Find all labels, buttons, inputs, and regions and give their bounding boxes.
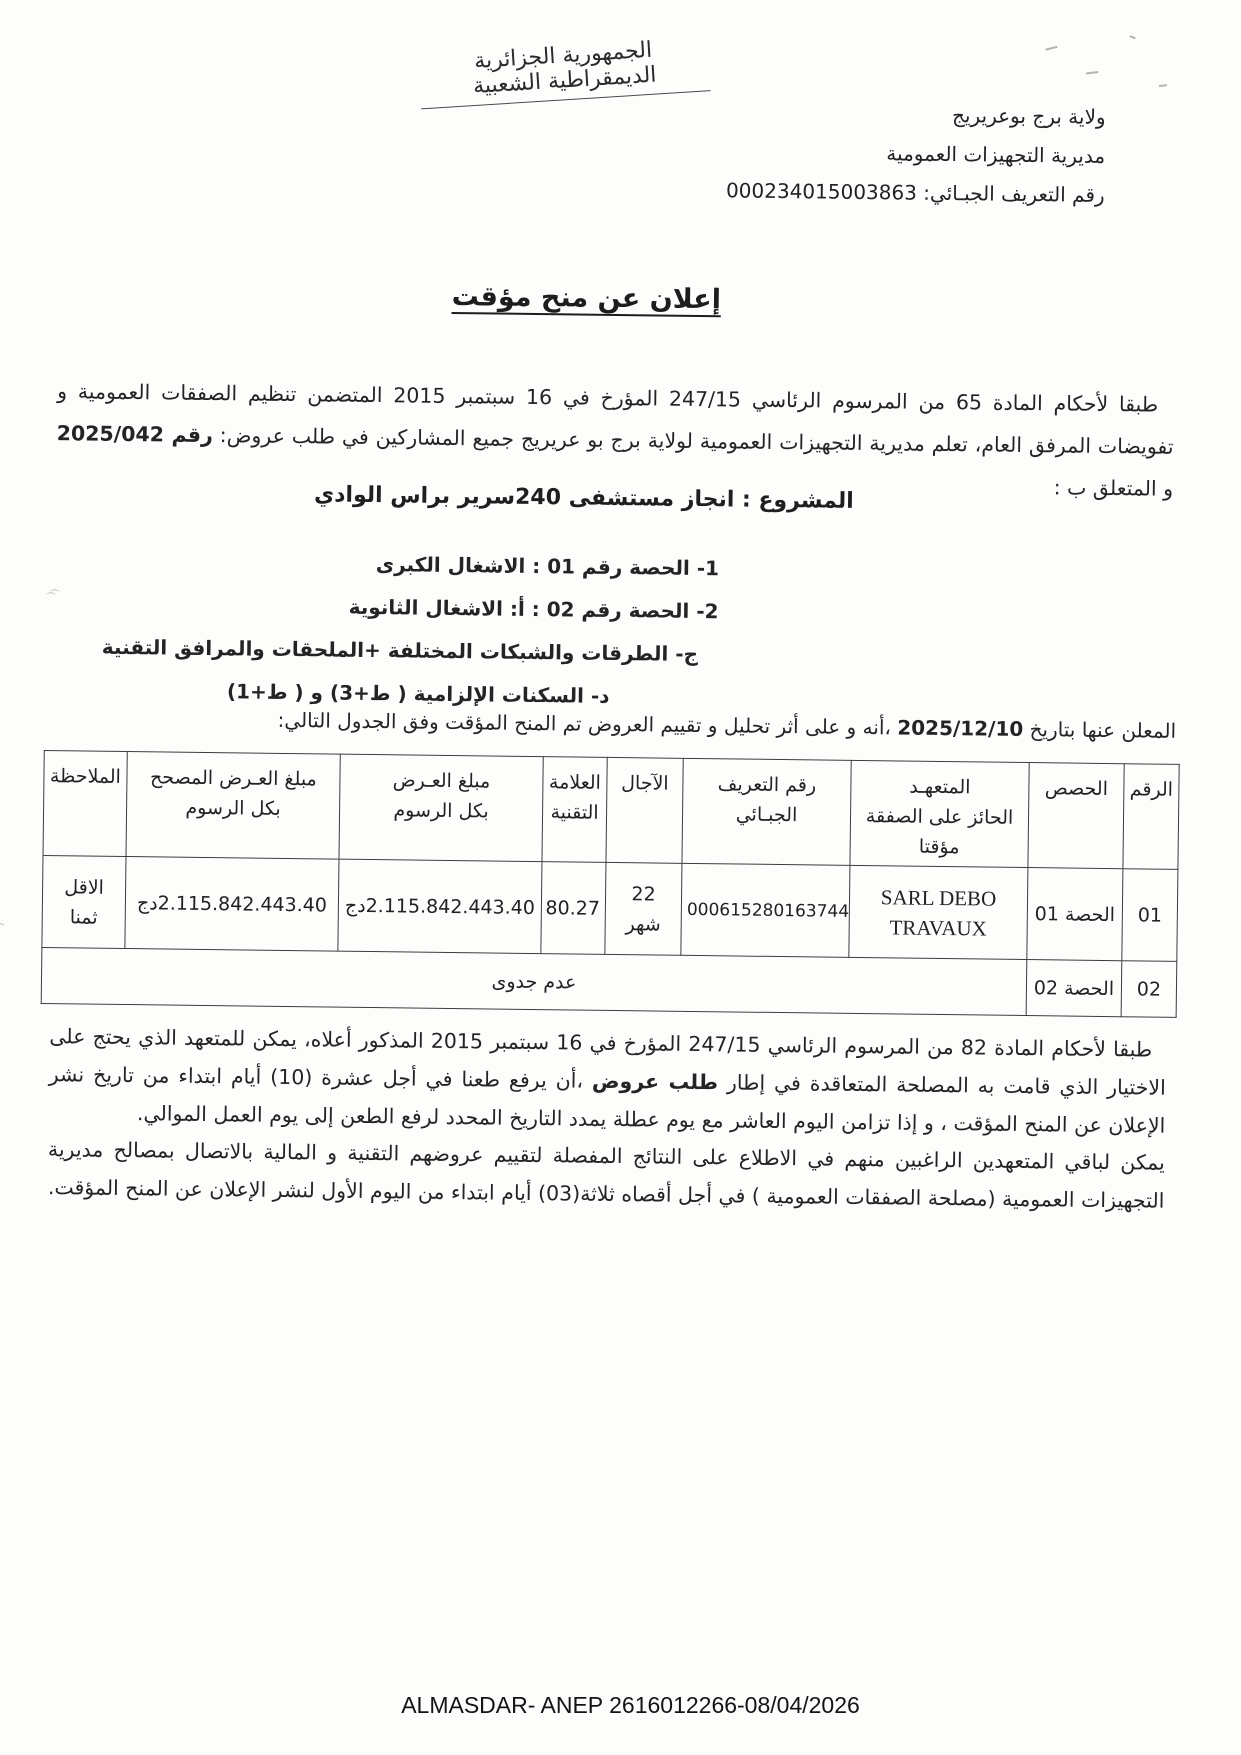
cell-bid-amount: 2.115.842.443.40دج: [338, 859, 542, 953]
col-header-lots: الحصص: [1028, 763, 1124, 869]
wilaya-line: ولاية برج بوعريريج: [727, 93, 1106, 137]
col-header-technical-score: العلامة التقنية: [542, 757, 607, 863]
announcement-date: 2025/12/10: [897, 715, 1023, 741]
scan-speckle: [1129, 35, 1135, 39]
cell-note: الاقل ثمنا: [42, 856, 126, 949]
tax-id-line: رقم التعريف الجبـائي: 000234015003863: [726, 171, 1105, 215]
col-header-tax-id: رقم التعريف الجبـائي: [682, 758, 851, 865]
pre-table-text-1: المعلن عنها بتاريخ: [1023, 717, 1176, 743]
cell-technical-score: 80.27: [541, 862, 606, 955]
appeal-paragraph: طبقا لأحكام المادة 82 من المرسوم الرئاسي…: [48, 1017, 1166, 1145]
lot-item-3: ج- الطرقات والشبكات المختلفة +الملحقات و…: [158, 626, 698, 676]
agency-block: ولاية برج بوعريريج مديرية التجهيزات العم…: [726, 93, 1106, 215]
republic-motto: الجمهورية الجزائرية الديمقراطية الشعبية: [418, 34, 711, 109]
col-header-corrected-amount: مبلغ العـرض المصحح بكل الرسوم: [126, 752, 340, 860]
col-header-note: الملاحظة: [43, 751, 127, 857]
table-header-row: الرقم الحصص المتعهـد الحائز على الصفقة م…: [43, 751, 1179, 870]
lot-item-1: 1- الحصة رقم 01 : الاشغال الكبرى: [159, 540, 719, 590]
scan-content-layer: الجمهورية الجزائرية الديمقراطية الشعبية …: [0, 0, 1241, 1755]
cell-bidder: SARL DEBO TRAVAUX: [849, 865, 1028, 959]
cell-merged-note: عدم جدوى: [41, 948, 1027, 1016]
tender-number: رقم 2025/042: [57, 421, 213, 447]
cell-number: 02: [1121, 961, 1177, 1018]
anep-footer: ALMASDAR- ANEP 2616012266-08/04/2026: [10, 1692, 1241, 1719]
lots-list: 1- الحصة رقم 01 : الاشغال الكبرى 2- الحص…: [157, 540, 719, 719]
scan-smudge: ⁀: [0, 922, 4, 941]
col-header-duration: الآجال: [606, 757, 683, 863]
col-header-number: الرقم: [1123, 764, 1179, 870]
directorate-line: مديرية التجهيزات العمومية: [726, 132, 1105, 176]
col-header-bid-amount: مبلغ العـرض بكل الرسوم: [339, 754, 543, 861]
col-header-bidder: المتعهـد الحائز على الصفقة مؤقتا: [850, 760, 1029, 867]
cell-number: 01: [1122, 869, 1178, 962]
intro-text-1: طبقا لأحكام المادة 65 من المرسوم الرئاسي…: [57, 379, 1174, 459]
table-row-lot-01: 01 الحصة 01 SARL DEBO TRAVAUX 0006152801…: [42, 856, 1178, 962]
cell-tax-id: 000615280163744: [681, 863, 850, 957]
cell-lot: الحصة 02: [1026, 960, 1122, 1017]
scan-speckle: [1159, 84, 1167, 87]
cell-lot: الحصة 01: [1027, 868, 1123, 961]
pre-table-text-2: ،أنه و على أثر تحليل و تقييم العروض تم ا…: [277, 708, 897, 740]
cell-duration: 22 شهر: [605, 862, 682, 955]
award-table: الرقم الحصص المتعهـد الحائز على الصفقة م…: [41, 750, 1180, 1018]
cell-corrected-amount: 2.115.842.443.40دج: [125, 857, 339, 952]
scan-speckle: [1086, 71, 1098, 75]
pre-table-line: المعلن عنها بتاريخ 2025/12/10 ،أنه و على…: [277, 708, 1176, 743]
page-title: إعلان عن منح مؤقت: [0, 275, 1177, 320]
info-paragraph: يمكن لباقي المتعهدين الراغبين منهم في ال…: [47, 1130, 1165, 1220]
scan-speckle: [1045, 46, 1057, 51]
appeal-bold: طلب عروض: [592, 1068, 718, 1094]
scanned-document-page: الجمهورية الجزائرية الديمقراطية الشعبية …: [0, 0, 1241, 1755]
lot-item-2: 2- الحصة رقم 02 : أ: الاشغال الثانوية: [158, 583, 718, 633]
